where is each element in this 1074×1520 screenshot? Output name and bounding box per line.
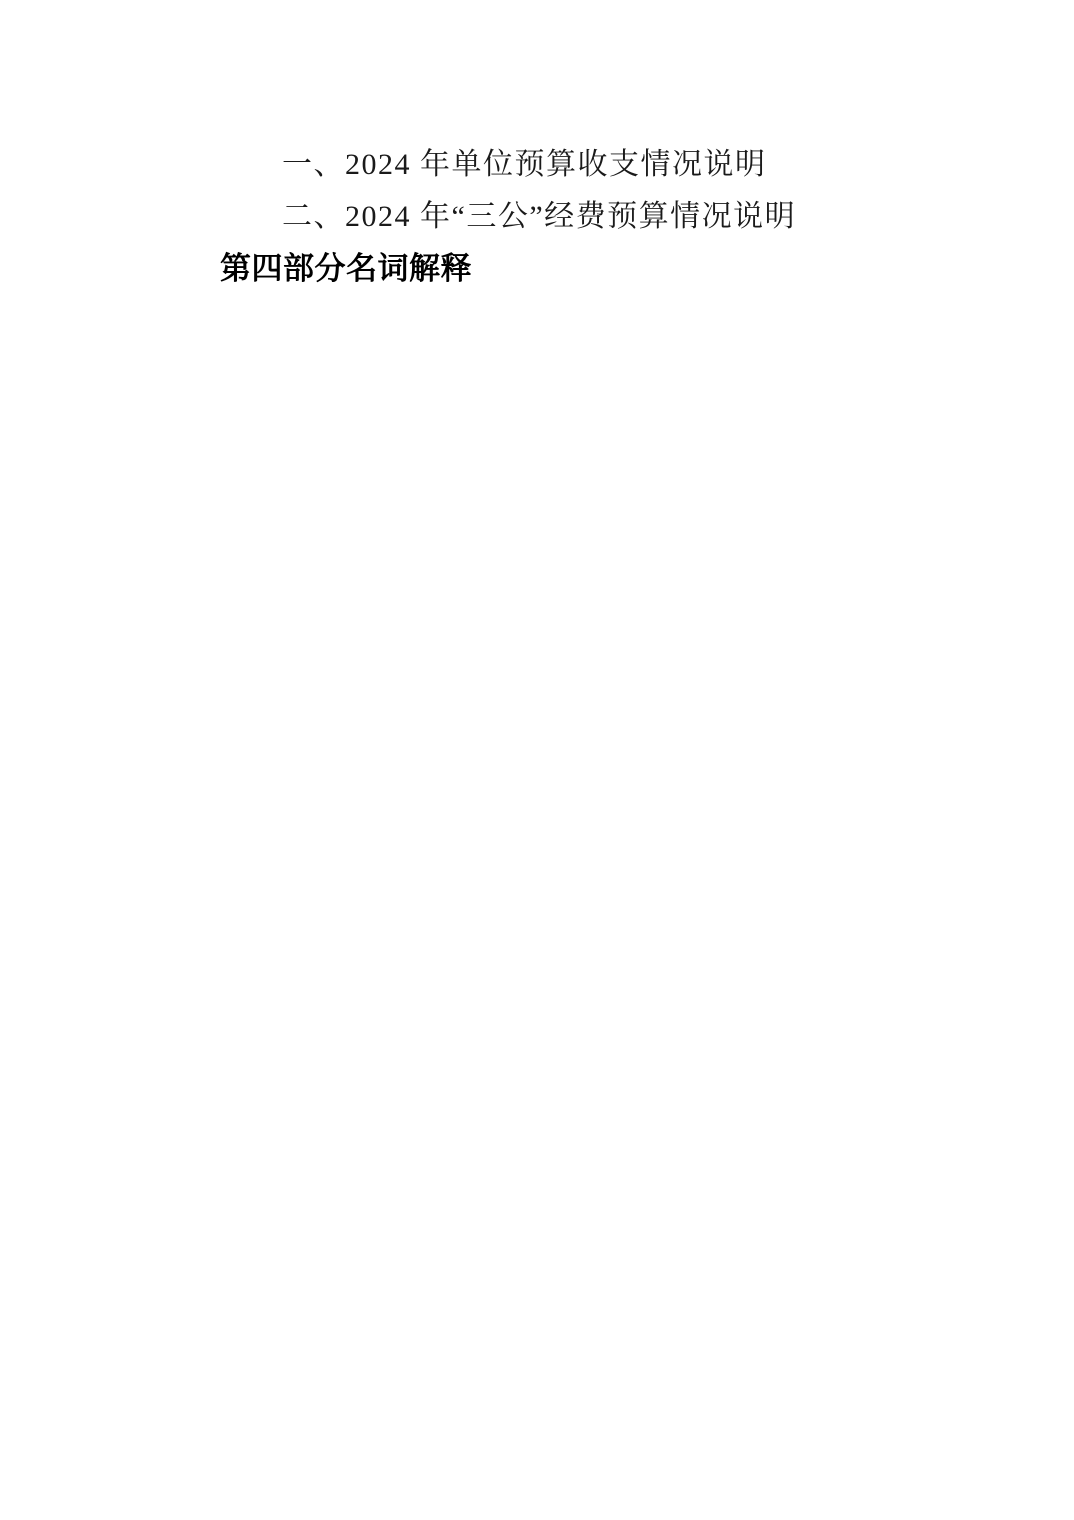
section-heading-part-four-glossary: 第四部分名词解释 bbox=[220, 251, 472, 287]
document-page: 一、2024 年单位预算收支情况说明 二、2024 年“三公”经费预算情况说明 … bbox=[0, 0, 1074, 1520]
toc-item-budget-revenue-expenditure: 一、2024 年单位预算收支情况说明 bbox=[282, 148, 767, 182]
toc-item-three-public-expenses: 二、2024 年“三公”经费预算情况说明 bbox=[282, 200, 796, 234]
